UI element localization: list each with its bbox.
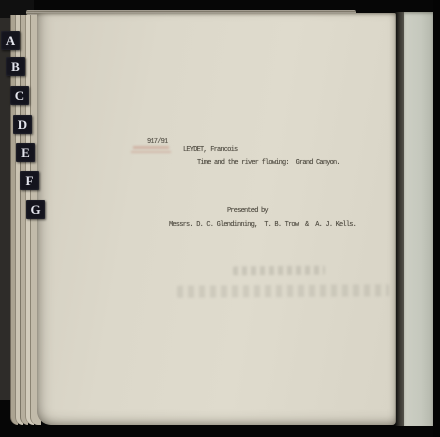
index-tab-letter: F: [26, 173, 34, 189]
index-tab-f: F: [20, 171, 39, 190]
call-number: 917/91: [147, 138, 167, 146]
index-tab-e: E: [16, 143, 35, 162]
index-tab-letter: A: [6, 33, 15, 49]
title-line: Time and the river flowing: Grand Canyon…: [197, 159, 340, 167]
index-tab-letter: E: [21, 145, 30, 161]
index-tab-d: D: [13, 115, 32, 134]
index-tab-letter: G: [30, 202, 40, 218]
index-tab-letter: B: [11, 59, 20, 75]
author-line: LEYDET, Francois: [183, 146, 237, 154]
index-tab-b: B: [6, 57, 25, 76]
index-tab-g: G: [26, 200, 45, 219]
index-tab-letter: C: [15, 88, 24, 104]
book-photo: 917/91 LEYDET, Francois Time and the riv…: [0, 0, 440, 437]
photo-right-border: [433, 0, 440, 437]
spine-gutter: [395, 12, 404, 426]
facing-page-edge: [404, 12, 433, 426]
ink-showthrough: [233, 266, 325, 276]
red-stamp: [131, 146, 171, 154]
presented-by-label: Presented by: [227, 207, 268, 215]
index-tab-letter: D: [18, 117, 27, 133]
index-tab-a: A: [1, 31, 20, 50]
presented-by-names: Messrs. D. C. Glendinning, T. B. Trow & …: [169, 221, 356, 229]
ledger-page: [37, 13, 396, 425]
index-tab-c: C: [10, 86, 29, 105]
ink-showthrough: [177, 284, 389, 297]
